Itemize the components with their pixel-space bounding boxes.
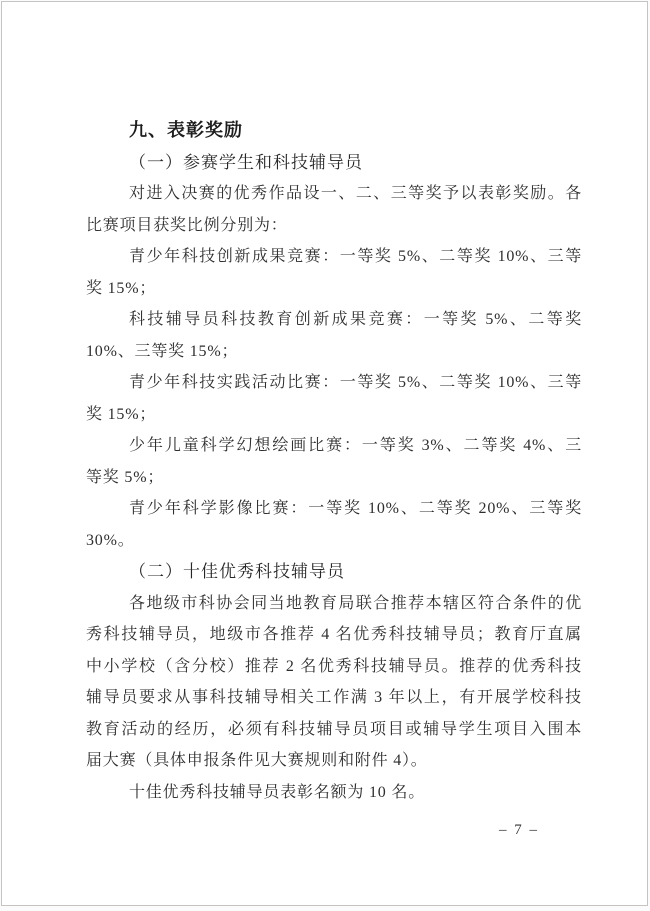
- paragraph-line: 辅导员要求从事科技辅导相关工作满 3 年以上，有开展学校科技: [86, 682, 582, 714]
- paragraph-line: 少年儿童科学幻想绘画比赛：一等奖 3%、二等奖 4%、三: [86, 430, 582, 462]
- document-page: 九、表彰奖励（一）参赛学生和科技辅导员对进入决赛的优秀作品设一、二、三等奖予以表…: [1, 1, 648, 906]
- paragraph-line: 青少年科技实践活动比赛：一等奖 5%、二等奖 10%、三等: [86, 367, 582, 399]
- page-number: – 7 –: [499, 819, 539, 841]
- document-body: 九、表彰奖励（一）参赛学生和科技辅导员对进入决赛的优秀作品设一、二、三等奖予以表…: [86, 115, 582, 808]
- paragraph-line: 青少年科技创新成果竞赛：一等奖 5%、二等奖 10%、三等: [86, 241, 582, 273]
- paragraph-line: 30%。: [86, 525, 582, 557]
- paragraph-line: 十佳优秀科技辅导员表彰名额为 10 名。: [86, 777, 582, 809]
- paragraph-line: 各地级市科协会同当地教育局联合推荐本辖区符合条件的优: [86, 588, 582, 620]
- subheading-line: （一）参赛学生和科技辅导员: [86, 147, 582, 179]
- paragraph-line: 比赛项目获奖比例分别为：: [86, 210, 582, 242]
- paragraph-line: 届大赛（具体申报条件见大赛规则和附件 4）。: [86, 745, 582, 777]
- paragraph-line: 10%、三等奖 15%；: [86, 336, 582, 368]
- paragraph-line: 教育活动的经历，必须有科技辅导员项目或辅导学生项目入围本: [86, 714, 582, 746]
- paragraph-line: 等奖 5%；: [86, 462, 582, 494]
- paragraph-line: 奖 15%；: [86, 273, 582, 305]
- paragraph-line: 中小学校（含分校）推荐 2 名优秀科技辅导员。推荐的优秀科技: [86, 651, 582, 683]
- heading-line: 九、表彰奖励: [86, 115, 582, 147]
- paragraph-line: 对进入决赛的优秀作品设一、二、三等奖予以表彰奖励。各: [86, 178, 582, 210]
- paragraph-line: 科技辅导员科技教育创新成果竞赛：一等奖 5%、二等奖: [86, 304, 582, 336]
- subheading-line: （二）十佳优秀科技辅导员: [86, 556, 582, 588]
- paragraph-line: 秀科技辅导员，地级市各推荐 4 名优秀科技辅导员；教育厅直属: [86, 619, 582, 651]
- paragraph-line: 青少年科学影像比赛：一等奖 10%、二等奖 20%、三等奖: [86, 493, 582, 525]
- paragraph-line: 奖 15%；: [86, 399, 582, 431]
